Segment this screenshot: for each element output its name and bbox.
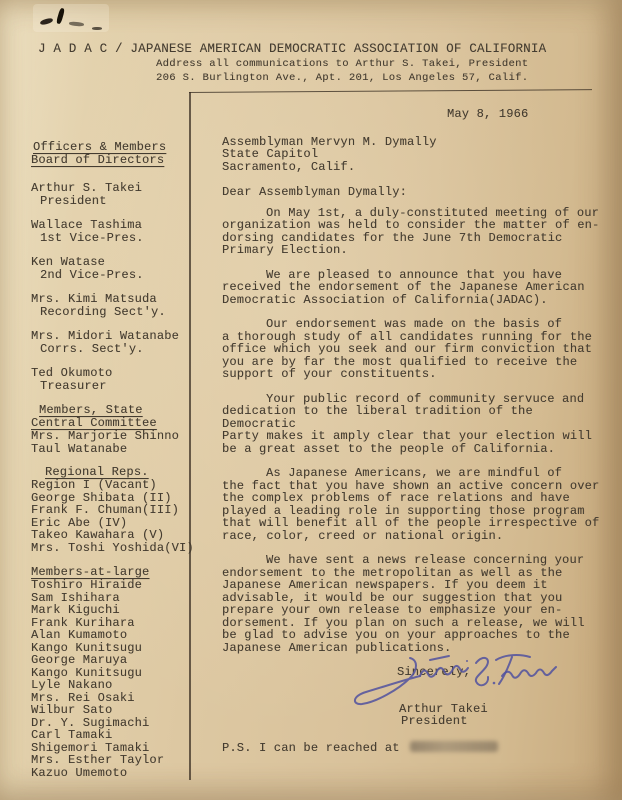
letter-paragraphs: On May 1st, a duly-constituted meeting o… bbox=[222, 207, 608, 655]
member-at-large-name: Kazuo Umemoto bbox=[31, 767, 196, 780]
letter-paragraph: Our endorsement was made on the basis of… bbox=[222, 318, 608, 381]
regional-reps-list: Region I (Vacant)George Shibata (II)Fran… bbox=[31, 479, 196, 554]
heading-text: Central Committee bbox=[31, 416, 157, 430]
signature-stroke bbox=[420, 666, 468, 677]
heading-text: Members-at-large bbox=[31, 565, 149, 579]
letterhead-address-line1: Address all communications to Arthur S. … bbox=[156, 58, 528, 70]
member-at-large-name: Mrs. Esther Taylor bbox=[31, 754, 196, 767]
member-at-large-name: Carl Tamaki bbox=[31, 729, 196, 742]
officer-title: Recording Sect'y. bbox=[31, 306, 196, 319]
officer-entry: Ken Watase 2nd Vice-Pres. bbox=[31, 256, 196, 281]
officer-entry: Ted Okumoto Treasurer bbox=[31, 367, 196, 392]
signer-typed-title: President bbox=[222, 715, 608, 728]
officer-name: Arthur S. Takei bbox=[31, 182, 196, 195]
member-at-large-name: Wilbur Sato bbox=[31, 704, 196, 717]
officer-name: Mrs. Kimi Matsuda bbox=[31, 293, 196, 306]
officers-sidebar: Officers & Members Board of Directors Ar… bbox=[31, 141, 196, 779]
recipient-address-block: Assemblyman Mervyn M. Dymally State Capi… bbox=[222, 136, 608, 174]
heading-text: Board of Directors bbox=[31, 153, 164, 167]
signature-dot bbox=[466, 660, 468, 662]
letterhead-address-line2: 206 S. Burlington Ave., Apt. 201, Los An… bbox=[156, 72, 528, 84]
heading-text: Members, State bbox=[39, 403, 143, 417]
committee-member-name: Taul Watanabe bbox=[31, 443, 196, 456]
signature-stroke bbox=[496, 655, 530, 660]
officer-title: 1st Vice-Pres. bbox=[31, 232, 196, 245]
scanned-letter-page: J A D A C / JAPANESE AMERICAN DEMOCRATIC… bbox=[0, 0, 622, 800]
officer-name: Ken Watase bbox=[31, 256, 196, 269]
letter-paragraph: Your public record of community servuce … bbox=[222, 393, 608, 456]
officer-entry: Mrs. Midori Watanabe Corrs. Sect'y. bbox=[31, 330, 196, 355]
signature-stroke bbox=[476, 658, 488, 685]
members-at-large-list: Toshiro HiraideSam IshiharaMark KiguchiF… bbox=[31, 579, 196, 779]
salutation: Dear Assemblyman Dymally: bbox=[222, 186, 608, 199]
postscript-text: P.S. I can be reached at bbox=[222, 741, 400, 755]
officer-title: Treasurer bbox=[31, 380, 196, 393]
heading-text: Regional Reps. bbox=[45, 465, 149, 479]
member-at-large-name: George Maruya bbox=[31, 654, 196, 667]
signature-stroke bbox=[499, 657, 512, 684]
committee-member-name: Mrs. Marjorie Shinno bbox=[31, 430, 196, 443]
officer-title: 2nd Vice-Pres. bbox=[31, 269, 196, 282]
officer-entry: Mrs. Kimi Matsuda Recording Sect'y. bbox=[31, 293, 196, 318]
signature-stroke bbox=[355, 658, 420, 704]
smudge-mark bbox=[92, 27, 102, 30]
handwritten-signature bbox=[346, 648, 558, 712]
member-at-large-name: Alan Kumamoto bbox=[31, 629, 196, 642]
state-committee-list: Mrs. Marjorie ShinnoTaul Watanabe bbox=[31, 430, 196, 455]
officer-name: Wallace Tashima bbox=[31, 219, 196, 232]
signature-stroke bbox=[502, 667, 556, 678]
member-at-large-name: Toshiro Hiraide bbox=[31, 579, 196, 592]
redacted-phone-number bbox=[410, 741, 498, 752]
officer-name: Mrs. Midori Watanabe bbox=[31, 330, 196, 343]
officer-entry: Wallace Tashima 1st Vice-Pres. bbox=[31, 219, 196, 244]
sidebar-heading-board-line2: Board of Directors bbox=[31, 154, 196, 167]
heading-text: Officers & Members bbox=[33, 140, 166, 154]
officers-list: Arthur S. Takei President Wallace Tashim… bbox=[31, 182, 196, 392]
letter-date: May 8, 1966 bbox=[222, 108, 608, 121]
member-at-large-name: Lyle Nakano bbox=[31, 679, 196, 692]
officer-title: Corrs. Sect'y. bbox=[31, 343, 196, 356]
regional-rep-name: Mrs. Toshi Yoshida(VI) bbox=[31, 542, 196, 555]
letter-paragraph: We have sent a news release concerning y… bbox=[222, 554, 608, 654]
regional-rep-name: Region I (Vacant) bbox=[31, 479, 196, 492]
letter-paragraph: We are pleased to announce that you have… bbox=[222, 269, 608, 307]
regional-rep-name: Frank F. Chuman(III) bbox=[31, 504, 196, 517]
signature-dot bbox=[493, 682, 496, 685]
member-at-large-name: Mark Kiguchi bbox=[31, 604, 196, 617]
officer-entry: Arthur S. Takei President bbox=[31, 182, 196, 207]
letter-paragraph: On May 1st, a duly-constituted meeting o… bbox=[222, 207, 608, 257]
organization-name: J A D A C / JAPANESE AMERICAN DEMOCRATIC… bbox=[38, 42, 546, 56]
horizontal-divider-rule bbox=[189, 89, 592, 93]
officer-name: Ted Okumoto bbox=[31, 367, 196, 380]
postscript-line: P.S. I can be reached at bbox=[222, 741, 608, 755]
officer-title: President bbox=[31, 195, 196, 208]
letter-paragraph: As Japanese Americans, we are mindful of… bbox=[222, 467, 608, 542]
regional-rep-name: Takeo Kawahara (V) bbox=[31, 529, 196, 542]
signature-stroke bbox=[430, 656, 449, 660]
